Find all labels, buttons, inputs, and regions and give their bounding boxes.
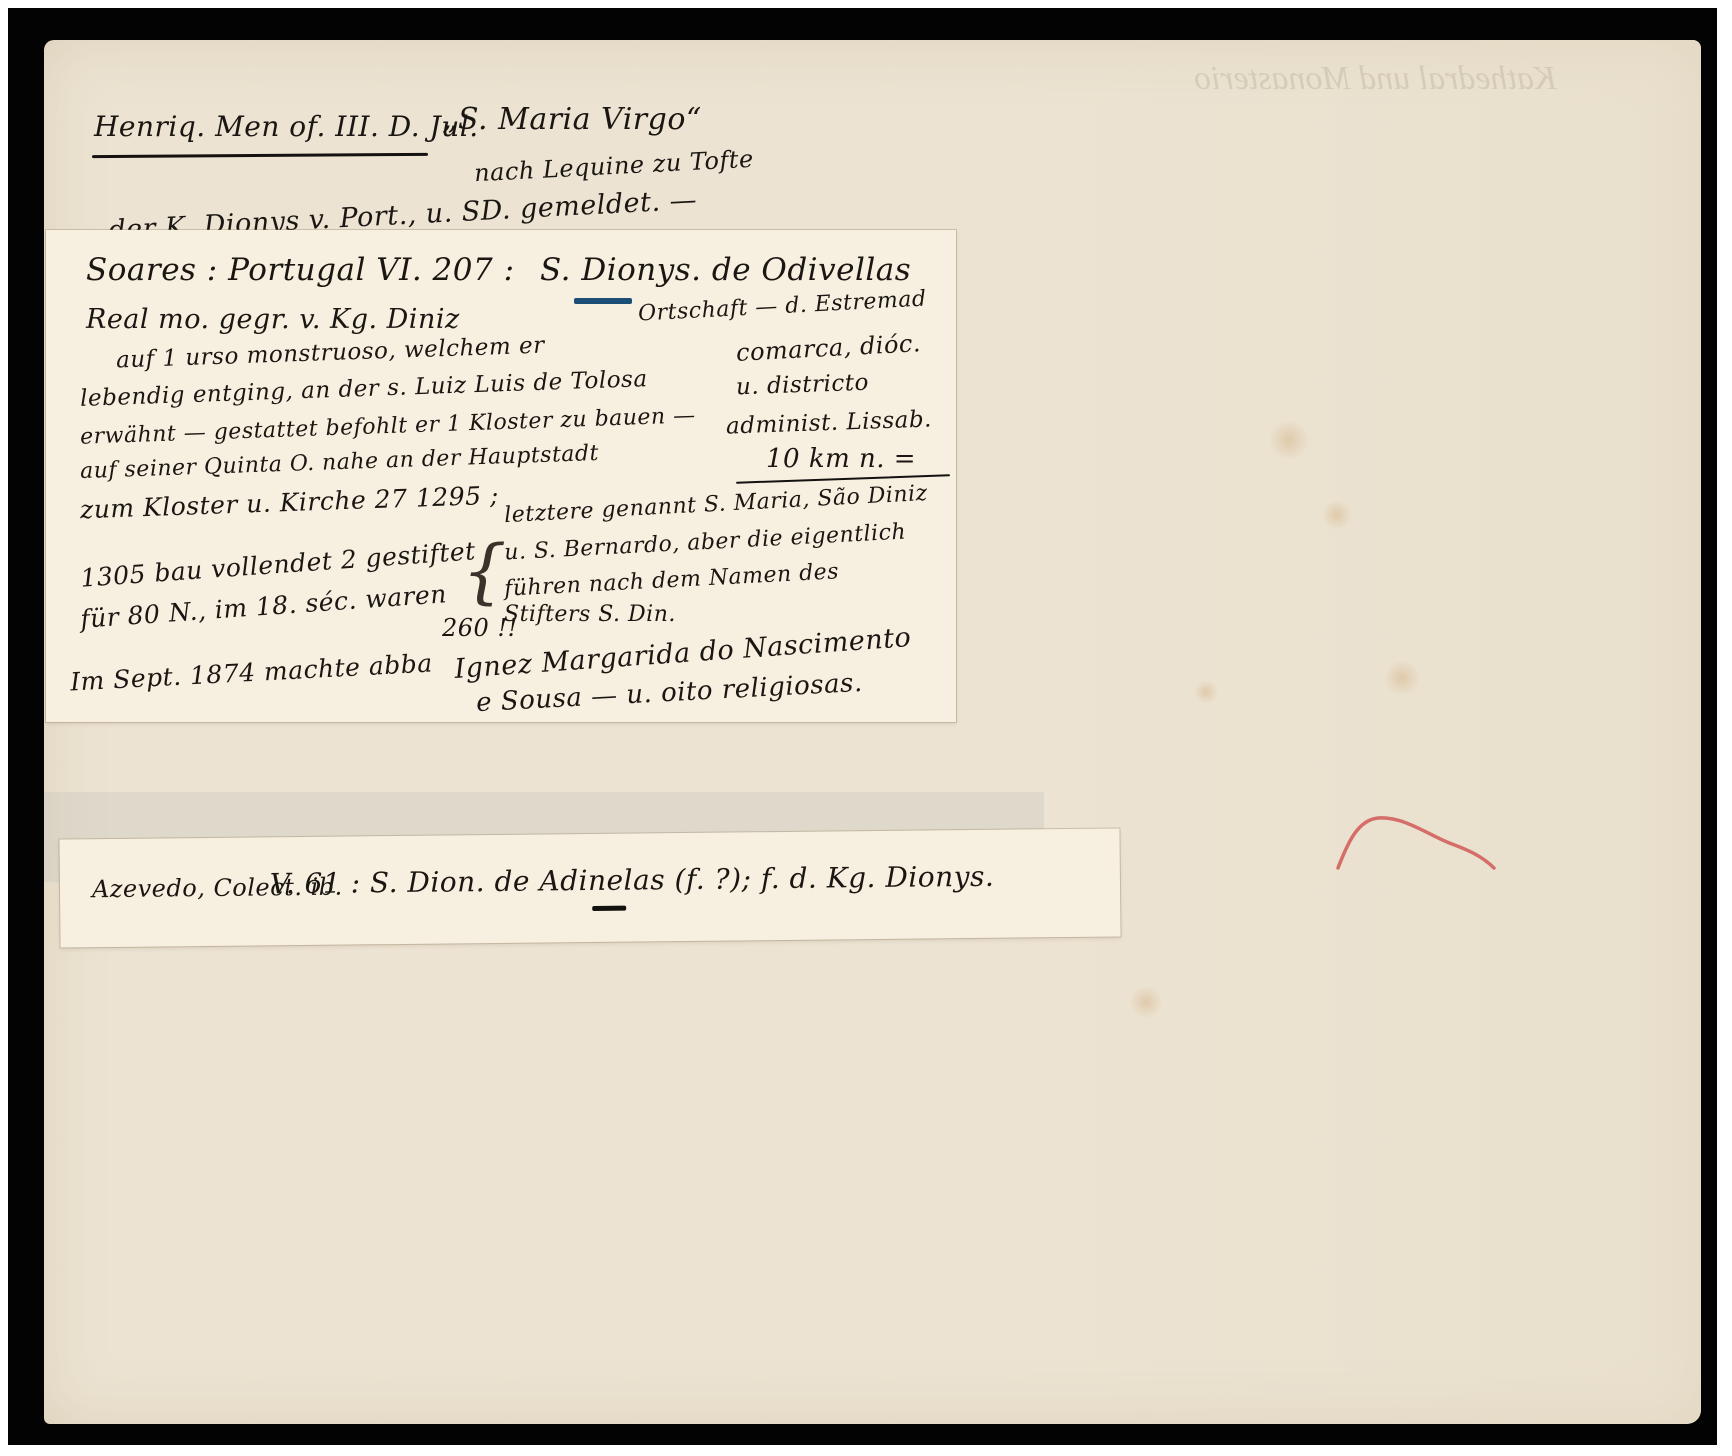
- curly-brace: {: [462, 530, 507, 612]
- foxing-stain: [1194, 680, 1218, 704]
- slip-right-block-line: führen nach dem Namen des: [504, 559, 840, 602]
- slip-line: auf 1 urso monstruoso, welchem er: [116, 333, 545, 374]
- header-note-line1: Henriq. Men of. III. D. Jul.: [94, 110, 479, 143]
- manuscript-sheet: Kathedral und Monasterio Monasterio · Ka…: [44, 40, 1701, 1424]
- foxing-stain: [1384, 660, 1420, 696]
- lower-slip-text: V. 61 : S. Dion. de Adinelas (f. ?); f. …: [270, 860, 995, 901]
- red-pencil-mark: [1334, 810, 1504, 880]
- slip-line: lebendig entging, an der s. Luiz Luis de…: [80, 366, 648, 412]
- blue-pencil-underline: [574, 298, 632, 304]
- slip-right-block-line: u. S. Bernardo, aber die eigentlich: [504, 519, 907, 565]
- foxing-stain: [1269, 420, 1309, 460]
- lower-pasted-slip: Azevedo, Colect. ib. V. 61 : S. Dion. de…: [59, 828, 1120, 947]
- slip-title-right: S. Dionys. de Odivellas: [540, 252, 911, 288]
- slip-right-column-line: administ. Lissab.: [726, 406, 933, 439]
- slip-line: erwähnt — gestattet befohlt er 1 Kloster…: [80, 403, 696, 449]
- main-pasted-slip: Soares : Portugal VI. 207 : S. Dionys. d…: [46, 230, 956, 722]
- header-underline: [92, 153, 428, 158]
- lower-slip-underline: [592, 906, 626, 911]
- slip-right-column-line: u. districto: [736, 370, 870, 401]
- header-note-title: „S. Maria Virgo“: [442, 102, 702, 137]
- slip-right-block-line: Stifters S. Din.: [504, 602, 676, 627]
- foxing-stain: [1322, 500, 1352, 530]
- header-note-continuation: nach Lequine zu Tofte: [473, 145, 754, 188]
- slip-right-column-line: 10 km n. =: [766, 444, 916, 474]
- slip-line: zum Kloster u. Kirche 27 1295 ;: [80, 481, 500, 525]
- foxing-stain: [1129, 985, 1163, 1019]
- slip-right-column-line: comarca, dióc.: [735, 329, 921, 367]
- slip-right-column-line: Ortschaft — d. Estremad: [638, 286, 928, 326]
- slip-title: Soares : Portugal VI. 207 :: [86, 252, 515, 288]
- slip-line: Real mo. gegr. v. Kg. Diniz: [86, 304, 460, 335]
- slip-line: Im Sept. 1874 machte abba: [69, 649, 433, 697]
- slip-line: auf seiner Quinta O. nahe an der Hauptst…: [80, 441, 600, 484]
- bleed-through-text: Kathedral und Monasterio: [1194, 60, 1557, 98]
